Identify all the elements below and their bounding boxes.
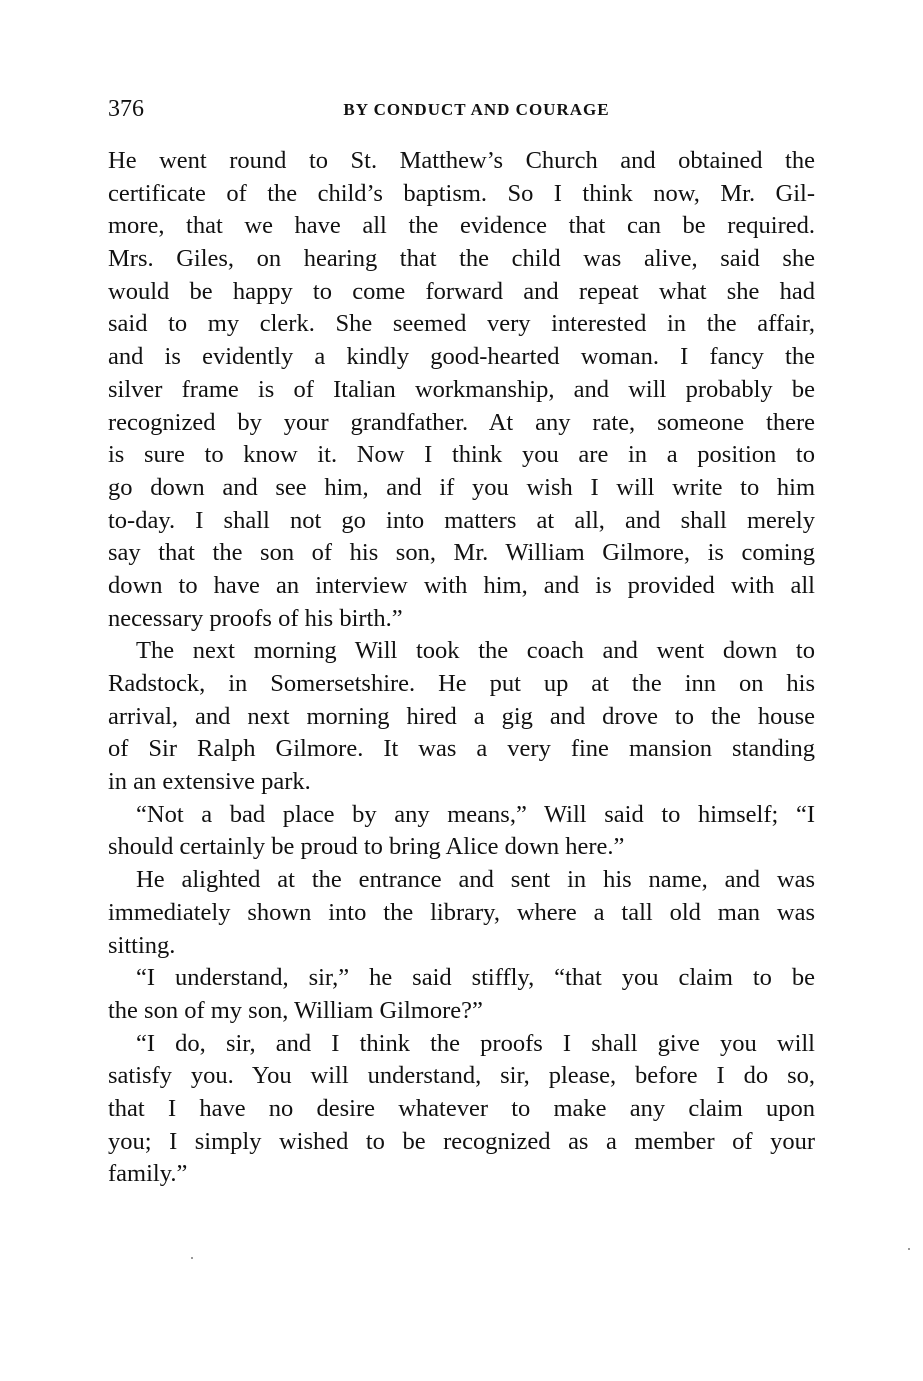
text-line: He alighted at the entrance and sent in … — [108, 864, 815, 897]
text-line: down to have an interview with him, and … — [108, 570, 815, 603]
text-line: you; I simply wished to be recognized as… — [108, 1126, 815, 1159]
text-line: said to my clerk. She seemed very intere… — [108, 308, 815, 341]
paragraph: He went round to St. Matthew’s Church an… — [108, 145, 815, 635]
text-line: in an extensive park. — [108, 766, 815, 799]
text-line: and is evidently a kindly good-hearted w… — [108, 341, 815, 374]
book-page: 376 BY CONDUCT AND COURAGE He went round… — [0, 0, 923, 1381]
running-title: BY CONDUCT AND COURAGE — [108, 100, 815, 120]
text-line: Radstock, in Somersetshire. He put up at… — [108, 668, 815, 701]
scan-speck — [191, 1257, 193, 1259]
scan-speck — [908, 1248, 910, 1250]
text-line: necessary proofs of his birth.” — [108, 603, 815, 636]
text-line: Mrs. Giles, on hearing that the child wa… — [108, 243, 815, 276]
text-line: family.” — [108, 1158, 815, 1191]
running-head: 376 BY CONDUCT AND COURAGE — [108, 96, 815, 126]
text-line: silver frame is of Italian workmanship, … — [108, 374, 815, 407]
text-line: immediately shown into the library, wher… — [108, 897, 815, 930]
text-line: that I have no desire whatever to make a… — [108, 1093, 815, 1126]
text-line: He went round to St. Matthew’s Church an… — [108, 145, 815, 178]
text-line: say that the son of his son, Mr. William… — [108, 537, 815, 570]
body-text: He went round to St. Matthew’s Church an… — [108, 145, 815, 1191]
paragraph: “I understand, sir,” he said stiffly, “t… — [108, 962, 815, 1027]
text-line: certificate of the child’s baptism. So I… — [108, 178, 815, 211]
text-line: more, that we have all the evidence that… — [108, 210, 815, 243]
paragraph: “I do, sir, and I think the proofs I sha… — [108, 1028, 815, 1191]
text-line: go down and see him, and if you wish I w… — [108, 472, 815, 505]
text-line: the son of my son, William Gilmore?” — [108, 995, 815, 1028]
text-line: “I do, sir, and I think the proofs I sha… — [108, 1028, 815, 1061]
text-line: The next morning Will took the coach and… — [108, 635, 815, 668]
text-line: arrival, and next morning hired a gig an… — [108, 701, 815, 734]
text-line: of Sir Ralph Gilmore. It was a very fine… — [108, 733, 815, 766]
text-line: is sure to know it. Now I think you are … — [108, 439, 815, 472]
text-line: should certainly be proud to bring Alice… — [108, 831, 815, 864]
text-line: “Not a bad place by any means,” Will sai… — [108, 799, 815, 832]
text-line: would be happy to come forward and repea… — [108, 276, 815, 309]
text-line: “I understand, sir,” he said stiffly, “t… — [108, 962, 815, 995]
text-line: satisfy you. You will understand, sir, p… — [108, 1060, 815, 1093]
text-line: to-day. I shall not go into matters at a… — [108, 505, 815, 538]
paragraph: The next morning Will took the coach and… — [108, 635, 815, 798]
text-line: sitting. — [108, 930, 815, 963]
text-line: recognized by your grandfather. At any r… — [108, 407, 815, 440]
paragraph: “Not a bad place by any means,” Will sai… — [108, 799, 815, 864]
paragraph: He alighted at the entrance and sent in … — [108, 864, 815, 962]
